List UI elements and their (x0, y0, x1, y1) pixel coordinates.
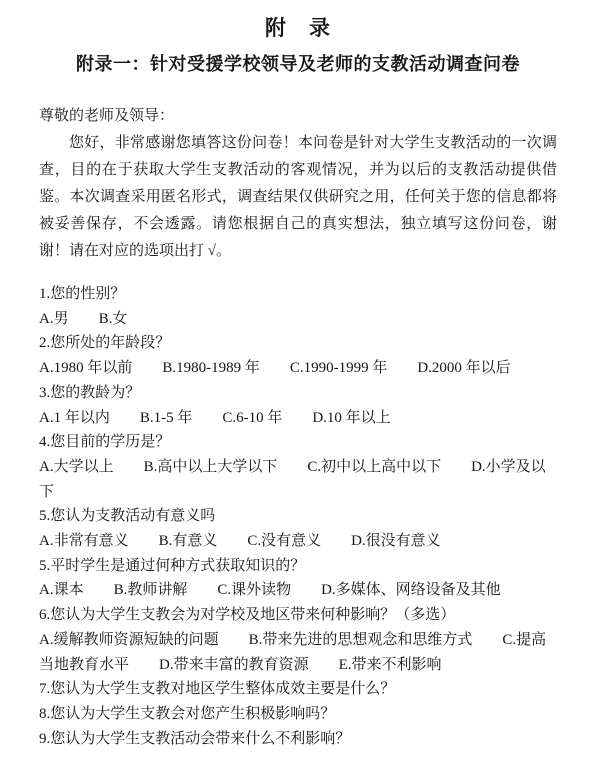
question-options: A.课本 B.教师讲解 C.课外读物 D.多媒体、网络设备及其他 (39, 578, 557, 603)
page-title: 附 录 (39, 14, 557, 42)
question-options: A.1 年以内 B.1-5 年 C.6-10 年 D.10 年以上 (39, 406, 557, 431)
salutation: 尊敬的老师及领导： (39, 103, 557, 130)
question-text: 1.您的性别？ (39, 282, 557, 307)
question-text: 5.您认为支教活动有意义吗 (39, 504, 557, 529)
question-options: A.缓解教师资源短缺的问题 B.带来先进的思想观念和思维方式 C.提高当地教育水… (39, 628, 557, 677)
question-list: 1.您的性别？A.男 B.女2.您所处的年龄段？A.1980 年以前 B.198… (39, 282, 557, 751)
question-text: 8.您认为大学生支教会对您产生积极影响吗？ (39, 702, 557, 727)
question-text: 5.平时学生是通过何种方式获取知识的？ (39, 554, 557, 579)
question-text: 2.您所处的年龄段？ (39, 331, 557, 356)
question-text: 3.您的教龄为？ (39, 381, 557, 406)
question-text: 7.您认为大学生支教对地区学生整体成效主要是什么？ (39, 677, 557, 702)
question-text: 4.您目前的学历是？ (39, 430, 557, 455)
question-options: A.1980 年以前 B.1980-1989 年 C.1990-1999 年 D… (39, 356, 557, 381)
appendix-subtitle: 附录一：针对受援学校领导及老师的支教活动调查问卷 (39, 52, 557, 76)
question-text: 9.您认为大学生支教活动会带来什么不利影响？ (39, 727, 557, 752)
question-options: A.男 B.女 (39, 307, 557, 332)
document-page: 附 录 附录一：针对受援学校领导及老师的支教活动调查问卷 尊敬的老师及领导： 您… (0, 0, 596, 765)
question-options: A.大学以上 B.高中以上大学以下 C.初中以上高中以下 D.小学及以下 (39, 455, 557, 504)
intro-paragraph: 您好，非常感谢您填答这份问卷！本问卷是针对大学生支教活动的一次调查，目的在于获取… (39, 130, 557, 265)
question-text: 6.您认为大学生支教会为对学校及地区带来何种影响？（多选） (39, 603, 557, 628)
question-options: A.非常有意义 B.有意义 C.没有意义 D.很没有意义 (39, 529, 557, 554)
